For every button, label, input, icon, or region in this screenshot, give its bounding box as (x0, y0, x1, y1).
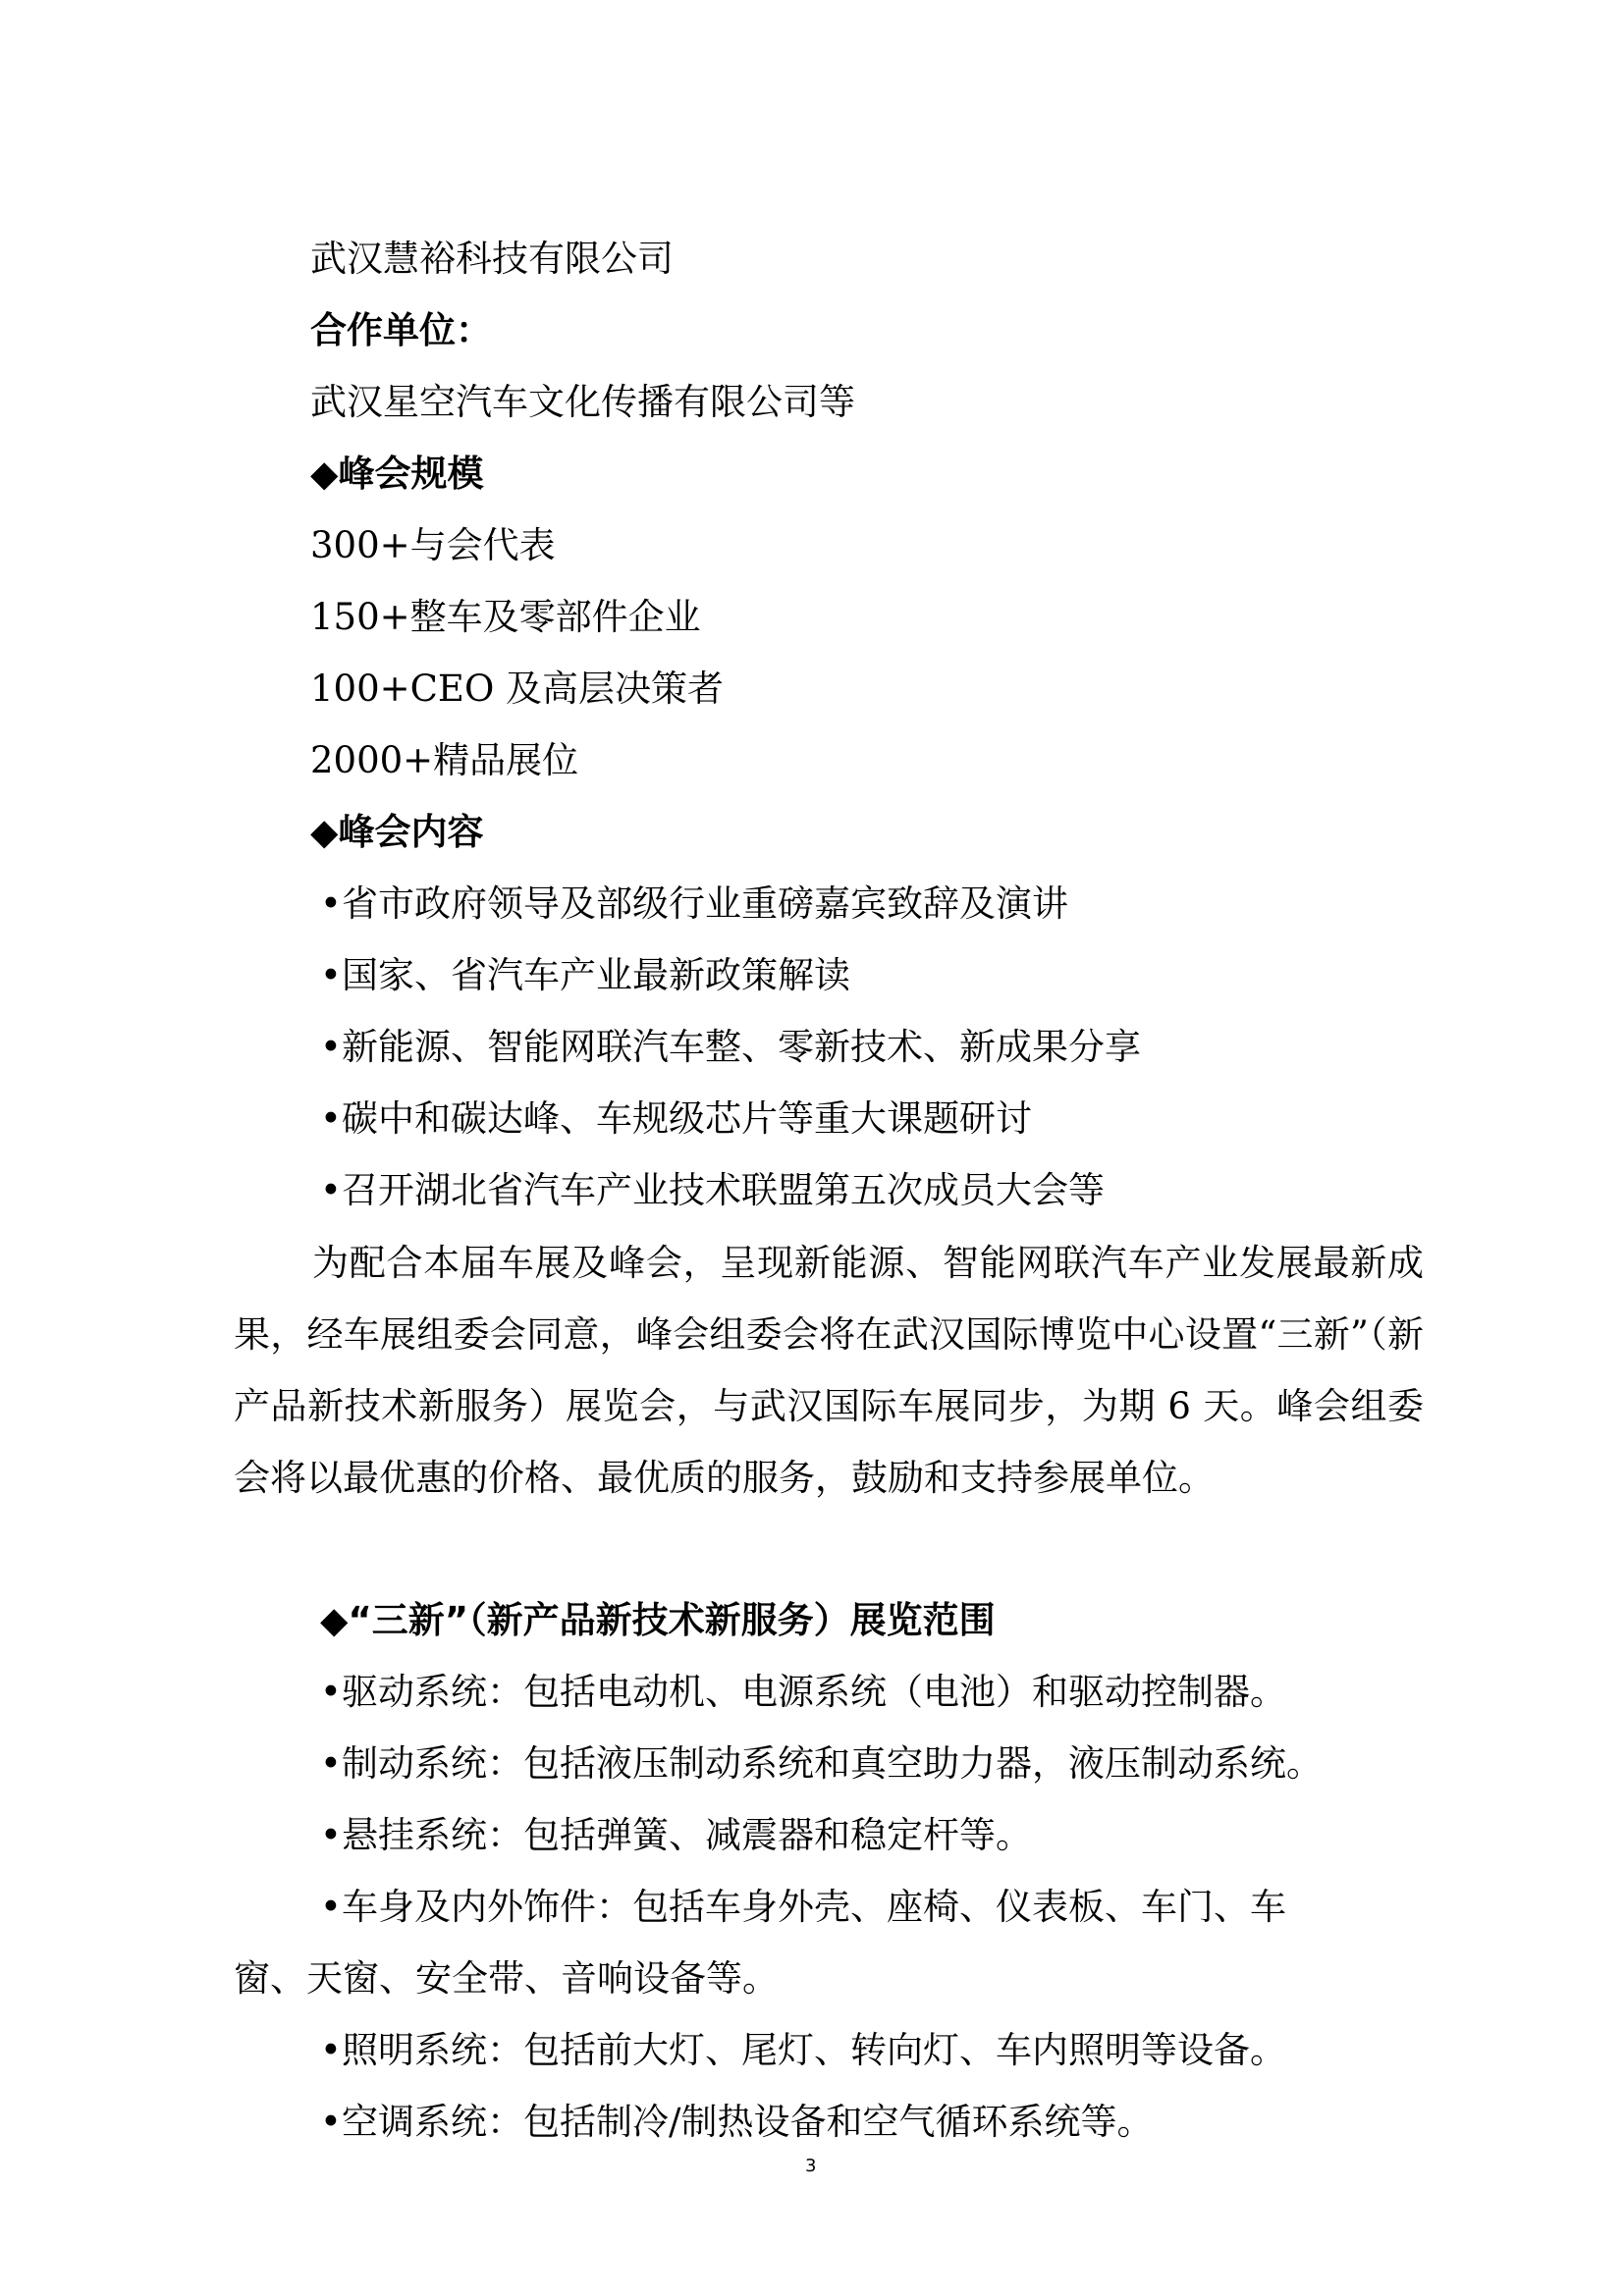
bullet-icon: • (320, 1886, 342, 1929)
scope-item: •照明系统：包括前大灯、尾灯、转向灯、车内照明等设备。 (320, 2029, 1286, 2072)
scale-item: 300+与会代表 (310, 524, 556, 567)
scale-heading: ◆峰会规模 (310, 453, 483, 496)
bullet-icon: • (320, 1671, 342, 1714)
bullet-icon: • (320, 2101, 342, 2144)
scope-item-continuation: 窗、天窗、安全带、音响设备等。 (234, 1957, 779, 2001)
page-number: 3 (805, 2156, 816, 2176)
body-paragraph: 为配合本届车展及峰会，呈现新能源、智能网联汽车产业发展最新成果，经车展组委会同意… (234, 1227, 1424, 1514)
scope-item: •车身及内外饰件：包括车身外壳、座椅、仪表板、车门、车 (320, 1886, 1286, 1929)
content-item: •召开湖北省汽车产业技术联盟第五次成员大会等 (320, 1169, 1105, 1212)
bullet-icon: • (320, 882, 342, 926)
content-item: •国家、省汽车产业最新政策解读 (320, 954, 850, 997)
bullet-icon: • (320, 1742, 342, 1786)
scope-item: •制动系统：包括液压制动系统和真空助力器，液压制动系统。 (320, 1742, 1323, 1786)
content-item: •新能源、智能网联汽车整、零新技术、新成果分享 (320, 1026, 1141, 1069)
bullet-icon: • (320, 1026, 342, 1069)
content-item: •省市政府领导及部级行业重磅嘉宾致辞及演讲 (320, 882, 1068, 926)
scope-item: •空调系统：包括制冷/制热设备和空气循环系统等。 (320, 2101, 1153, 2144)
organizer-name: 武汉慧裕科技有限公司 (310, 238, 674, 281)
partners-value: 武汉星空汽车文化传播有限公司等 (310, 381, 855, 424)
bullet-icon: • (320, 1097, 342, 1141)
content-heading: ◆峰会内容 (310, 811, 483, 854)
scope-item: •悬挂系统：包括弹簧、减震器和稳定杆等。 (320, 1814, 1032, 1857)
scale-item: 2000+精品展位 (310, 739, 578, 782)
partners-heading: 合作单位： (310, 309, 492, 352)
bullet-icon: • (320, 954, 342, 997)
scope-heading: ◆“三新”（新产品新技术新服务）展览范围 (320, 1599, 996, 1642)
bullet-icon: • (320, 1169, 342, 1212)
document-page: 武汉慧裕科技有限公司 合作单位： 武汉星空汽车文化传播有限公司等 ◆峰会规模 3… (0, 0, 1624, 2296)
scale-item: 100+CEO 及高层决策者 (310, 667, 724, 711)
bullet-icon: • (320, 1814, 342, 1857)
scope-item: •驱动系统：包括电动机、电源系统（电池）和驱动控制器。 (320, 1671, 1286, 1714)
scale-item: 150+整车及零部件企业 (310, 596, 701, 639)
bullet-icon: • (320, 2029, 342, 2072)
content-item: •碳中和碳达峰、车规级芯片等重大课题研讨 (320, 1097, 1032, 1141)
